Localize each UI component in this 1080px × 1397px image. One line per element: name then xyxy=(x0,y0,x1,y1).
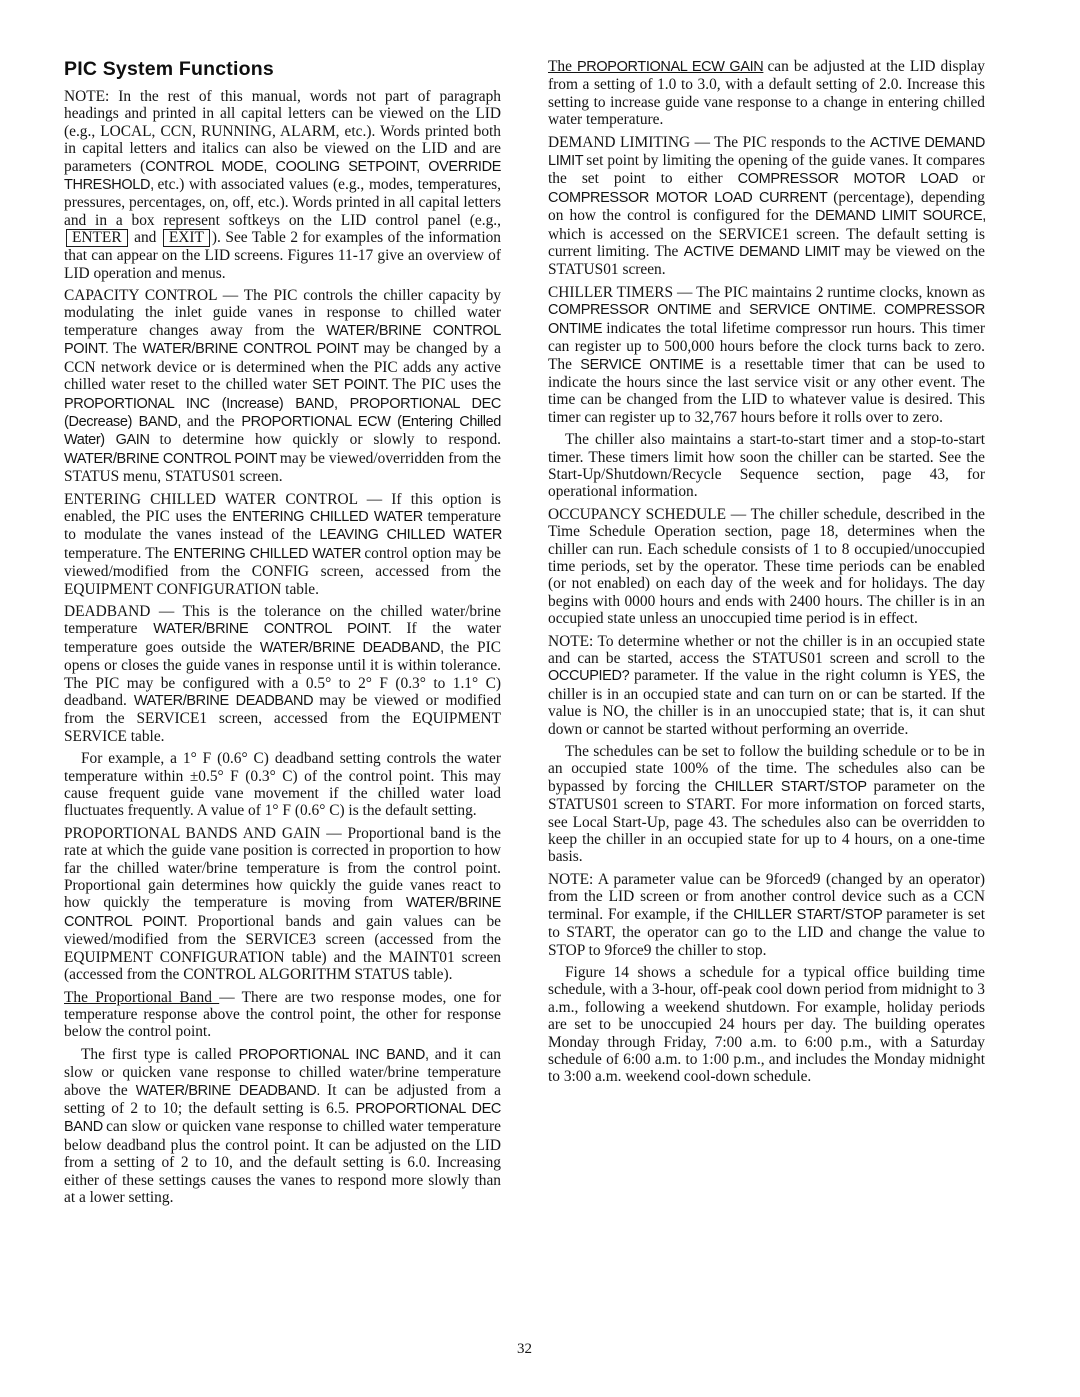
paragraph-start-to-start-timers: The chiller also maintains a start-to-st… xyxy=(548,431,985,501)
parameter-name: ENTERING CHILLED WATER xyxy=(232,509,423,525)
paragraph-deadband: DEADBAND — This is the tolerance on the … xyxy=(64,603,501,745)
paragraph-demand-limiting: DEMAND LIMITING — The PIC responds to th… xyxy=(548,134,985,279)
body-text: The xyxy=(548,58,577,75)
body-text: to determine how quickly or slowly to re… xyxy=(149,431,501,448)
paragraph-proportional-bands-and-gain: PROPORTIONAL BANDS AND GAIN — Proportion… xyxy=(64,825,501,984)
right-column: The PROPORTIONAL ECW GAIN can be adjuste… xyxy=(548,58,985,1206)
body-text: and xyxy=(130,229,161,246)
paragraph-proportional-band: The Proportional Band — There are two re… xyxy=(64,989,501,1041)
parameter-name: WATER/BRINE DEADBAND xyxy=(134,693,313,709)
parameter-name: LEAVING CHILLED WATER xyxy=(319,527,502,543)
parameter-name: WATER/BRINE CONTROL POINT. xyxy=(153,621,391,637)
paragraph-proportional-ecw-gain: The PROPORTIONAL ECW GAIN can be adjuste… xyxy=(548,58,985,129)
softkey-label: EXIT xyxy=(163,229,210,247)
body-text: can slow or quicken vane response to chi… xyxy=(64,1118,501,1206)
parameter-name: PROPORTIONAL ECW GAIN xyxy=(577,59,763,75)
paragraph-capacity-control: CAPACITY CONTROL — The PIC controls the … xyxy=(64,287,501,485)
page-number: 32 xyxy=(64,1341,985,1358)
body-text: and xyxy=(710,301,749,318)
paragraph-deadband-example: For example, a 1° F (0.6° C) deadband se… xyxy=(64,750,501,820)
body-text: The xyxy=(108,340,143,357)
body-text: CHILLER TIMERS — The PIC maintains 2 run… xyxy=(548,284,985,301)
body-text: The first type is called xyxy=(81,1046,239,1063)
parameter-name: OCCUPIED? xyxy=(548,668,629,684)
body-text: DEMAND LIMITING — The PIC responds to th… xyxy=(548,134,870,151)
body-text: Figure 14 shows a schedule for a typical… xyxy=(548,964,985,1085)
parameter-name: COMPRESSOR MOTOR LOAD xyxy=(738,171,959,187)
parameter-name: ENTERING CHILLED WATER xyxy=(173,546,361,562)
parameter-name: ACTIVE DEMAND LIMIT xyxy=(684,244,840,260)
softkey-label: ENTER xyxy=(66,229,128,247)
paragraph-forced-value-note: NOTE: A parameter value can be 9forced9 … xyxy=(548,871,985,959)
body-text: temperature. The xyxy=(64,545,173,562)
parameter-name: WATER/BRINE DEADBAND, xyxy=(260,640,444,656)
parameter-name: WATER/BRINE CONTROL POINT xyxy=(143,341,359,357)
paragraph-note-terminology: NOTE: In the rest of this manual, words … xyxy=(64,88,501,282)
body-text: or xyxy=(957,170,985,187)
parameter-name: CHILLER START/STOP xyxy=(715,779,867,795)
parameter-name: SET POINT. xyxy=(312,377,388,393)
paragraph-occupied-note: NOTE: To determine whether or not the ch… xyxy=(548,633,985,738)
body-text: The PIC uses the xyxy=(387,376,501,393)
parameter-name: SERVICE ONTIME xyxy=(580,357,703,373)
paragraph-schedule-forcing: The schedules can be set to follow the b… xyxy=(548,743,985,866)
left-column: PIC System Functions NOTE: In the rest o… xyxy=(64,58,501,1206)
parameter-name: CHILLER START/STOP xyxy=(733,907,882,923)
section-heading: PIC System Functions xyxy=(64,58,501,80)
body-text: and the xyxy=(180,413,241,430)
body-text: NOTE: To determine whether or not the ch… xyxy=(548,633,985,667)
manual-page: PIC System Functions NOTE: In the rest o… xyxy=(0,0,1080,1397)
body-text: The chiller also maintains a start-to-st… xyxy=(548,431,985,500)
parameter-name: WATER/BRINE DEADBAND. xyxy=(136,1083,320,1099)
paragraph-entering-chilled-water-control: ENTERING CHILLED WATER CONTROL — If this… xyxy=(64,491,501,598)
paragraph-chiller-timers: CHILLER TIMERS — The PIC maintains 2 run… xyxy=(548,284,985,426)
paragraph-figure-14-example: Figure 14 shows a schedule for a typical… xyxy=(548,964,985,1086)
body-text: The Proportional Band xyxy=(64,989,219,1006)
paragraph-occupancy-schedule: OCCUPANCY SCHEDULE — The chiller schedul… xyxy=(548,506,985,628)
two-column-layout: PIC System Functions NOTE: In the rest o… xyxy=(64,58,985,1206)
parameter-name: WATER/BRINE CONTROL POINT xyxy=(64,451,277,467)
parameter-name: DEMAND LIMIT SOURCE, xyxy=(815,208,986,224)
paragraph-proportional-inc-dec-band: The first type is called PROPORTIONAL IN… xyxy=(64,1046,501,1207)
body-text: For example, a 1° F (0.6° C) deadband se… xyxy=(64,750,501,819)
parameter-name: COMPRESSOR ONTIME xyxy=(548,302,711,318)
parameter-name: COMPRESSOR MOTOR LOAD CURRENT xyxy=(548,190,827,206)
body-text: OCCUPANCY SCHEDULE — The chiller schedul… xyxy=(548,506,985,627)
parameter-name: PROPORTIONAL INC BAND, xyxy=(239,1047,429,1063)
